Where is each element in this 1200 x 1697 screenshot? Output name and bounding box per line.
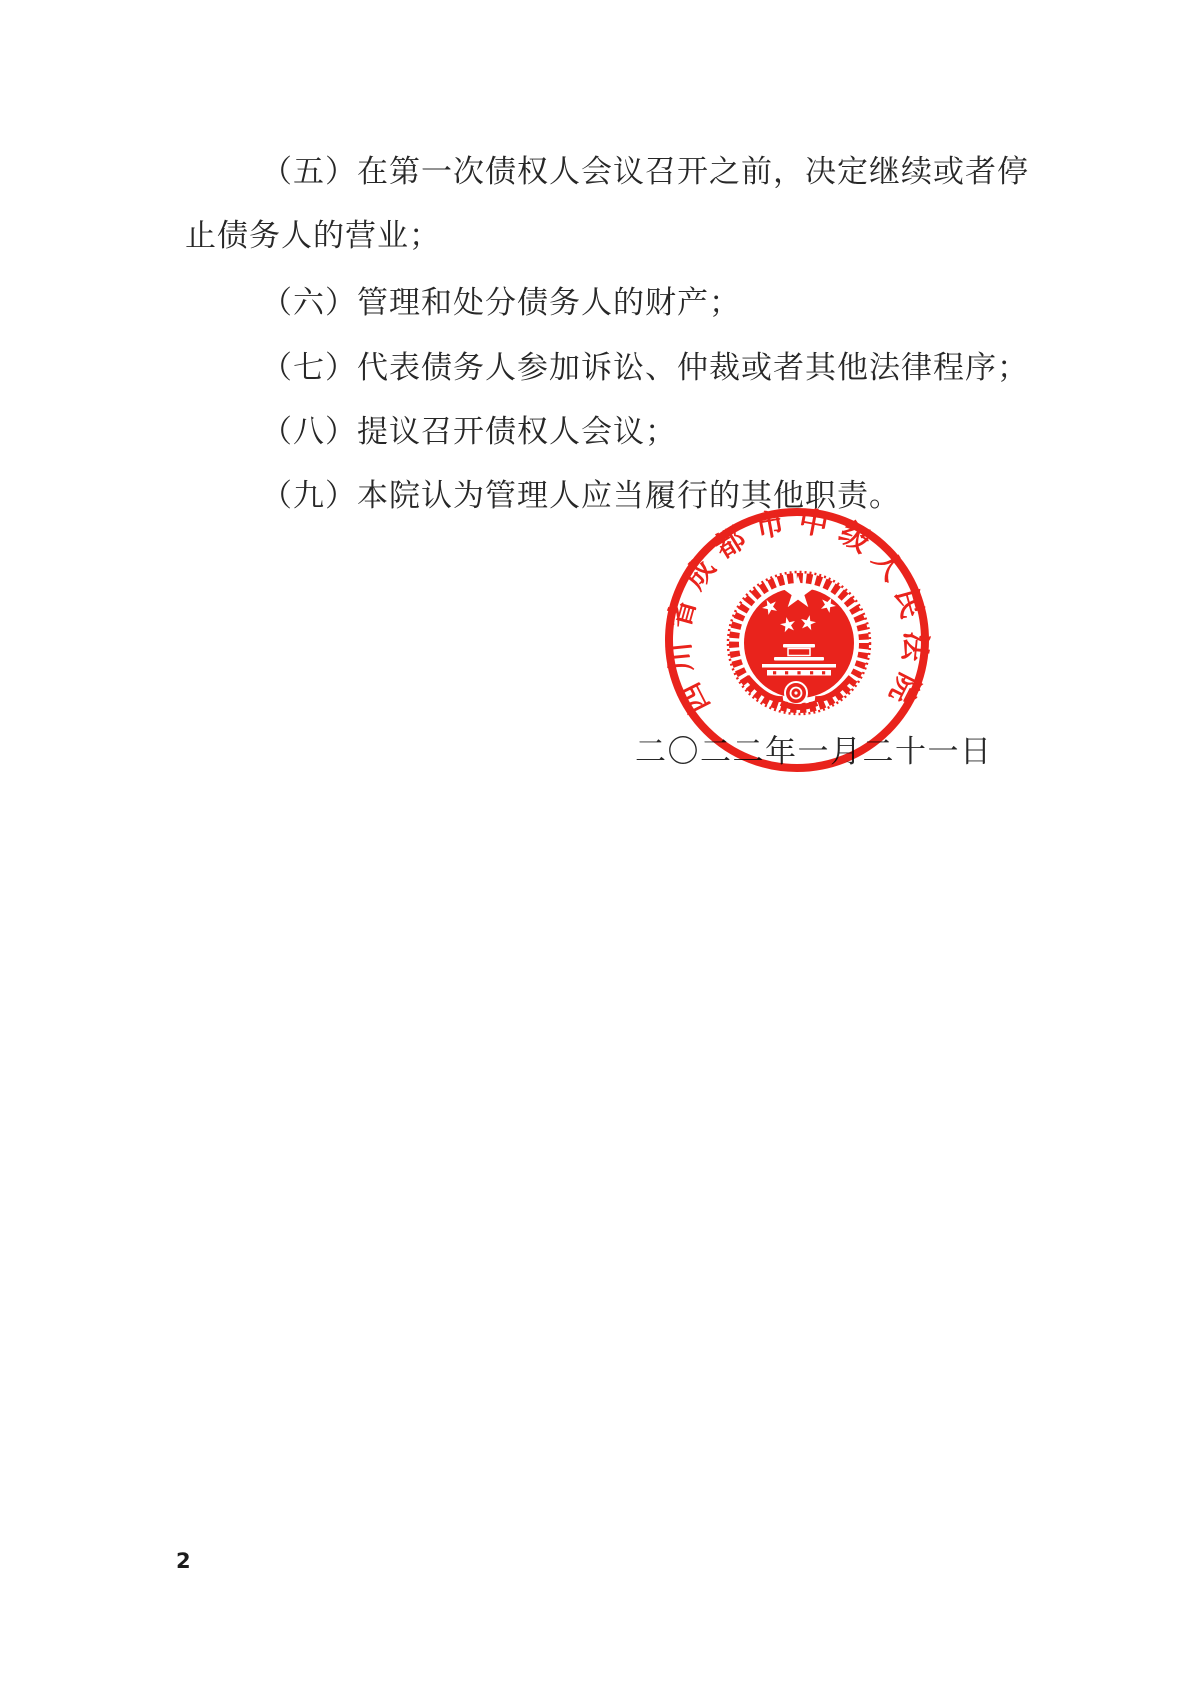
document-page: （五）在第一次债权人会议召开之前，决定继续或者停 止债务人的营业； （六）管理和… xyxy=(0,0,1200,1697)
court-seal-stamp: 四川省成都市中级人民法院 xyxy=(663,506,931,774)
body-line: （五）在第一次债权人会议召开之前，决定继续或者停 xyxy=(261,154,1029,190)
body-line: （八）提议召开债权人会议； xyxy=(261,414,677,450)
gear-icon xyxy=(785,682,807,704)
body-line: 止债务人的营业； xyxy=(185,218,441,254)
page-number: 2 xyxy=(176,1549,191,1573)
national-emblem-icon xyxy=(728,572,870,714)
body-line: （六）管理和处分债务人的财产； xyxy=(261,285,741,321)
body-line: （七）代表债务人参加诉讼、仲裁或者其他法律程序； xyxy=(261,350,1029,386)
